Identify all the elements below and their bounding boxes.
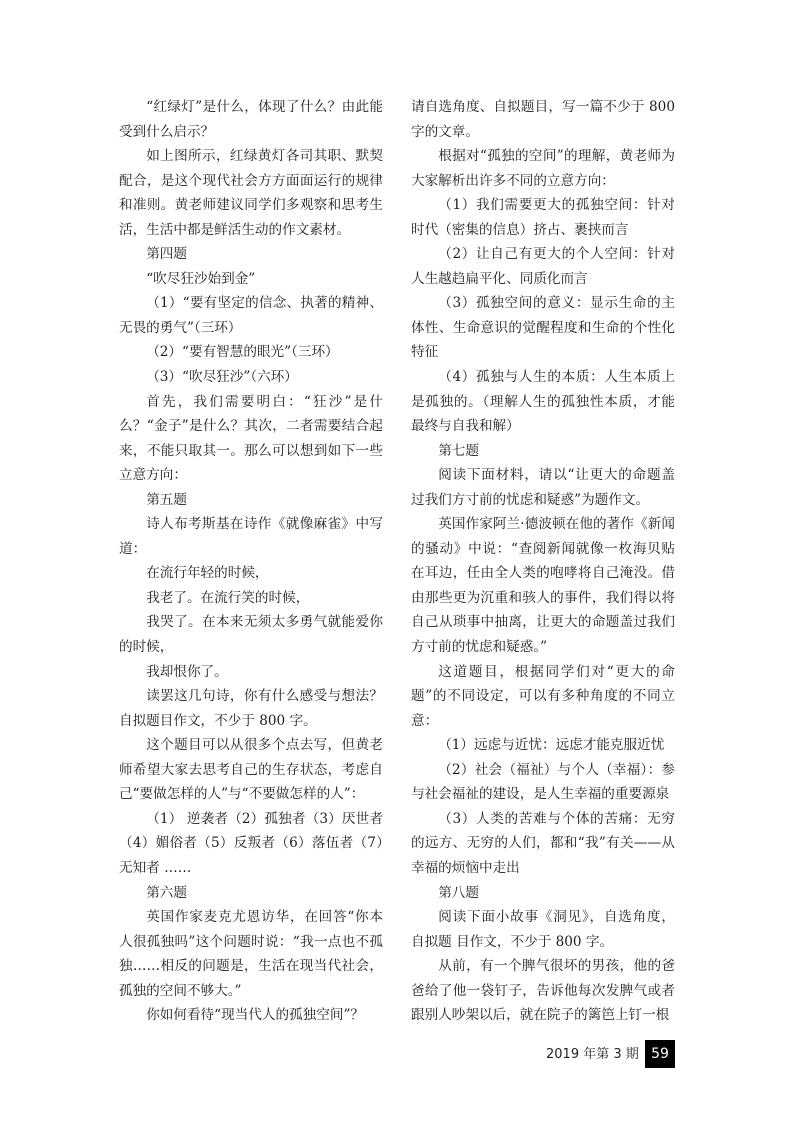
paragraph: 英国作家阿兰·德波顿在他的著作《新闻的骚动》中说：“查阅新闻就像一枚海贝贴在耳边… <box>411 512 675 659</box>
paragraph: （1） 逆袭者（2）孤独者（3）厌世者（4）媚俗者（5）反叛者（6）落伍者（7）… <box>119 807 383 881</box>
paragraph: 第八题 <box>411 881 675 906</box>
paragraph: “红绿灯”是什么，体现了什么？由此能受到什么启示？ <box>119 95 383 144</box>
paragraph: 读罢这几句诗，你有什么感受与想法？自拟题目作文，不少于 800 字。 <box>119 684 383 733</box>
paragraph: 请自选角度、自拟题目，写一篇不少于 800 字的文章。 <box>411 95 675 144</box>
paragraph: （3）“吹尽狂沙”（六环） <box>119 365 383 390</box>
paragraph: （1）我们需要更大的孤独空间：针对时代（密集的信息）挤占、裹挟而言 <box>411 193 675 242</box>
paragraph: 从前，有一个脾气很坏的男孩，他的爸爸给了他一袋钉子，告诉他每次发脾气或者跟别人吵… <box>411 954 675 1028</box>
paragraph: 英国作家麦克尤恩访华，在回答“你本人很孤独吗”这个问题时说：“我一点也不孤独……… <box>119 905 383 1003</box>
paragraph: 我却恨你了。 <box>119 660 383 685</box>
paragraph: （3）孤独空间的意义：显示生命的主体性、生命意识的觉醒程度和生命的个性化特征 <box>411 291 675 365</box>
paragraph: 你如何看待“现当代人的孤独空间”？ <box>119 1003 383 1028</box>
paragraph: 第七题 <box>411 439 675 464</box>
paragraph: 诗人布考斯基在诗作《就像麻雀》中写道： <box>119 512 383 561</box>
paragraph: （2）社会（福祉）与个人（幸福）：参与社会福祉的建设，是人生幸福的重要源泉 <box>411 758 675 807</box>
paragraph: 如上图所示，红绿黄灯各司其职、默契配合，是这个现代社会方方面面运行的规律和准则。… <box>119 144 383 242</box>
paragraph: 这个题目可以从很多个点去写，但黄老师希望大家去思考自己的生存状态，考虑自己“要做… <box>119 733 383 807</box>
paragraph: 首先，我们需要明白：“狂沙”是什么？“金子”是什么？其次，二者需要结合起来，不能… <box>119 390 383 488</box>
document-page: “红绿灯”是什么，体现了什么？由此能受到什么启示？如上图所示，红绿黄灯各司其职、… <box>0 0 793 1122</box>
paragraph: （4）孤独与人生的本质：人生本质上是孤独的。（理解人生的孤独性本质，才能最终与自… <box>411 365 675 439</box>
page-number-badge: 59 <box>645 1040 675 1068</box>
paragraph: （2）让自己有更大的个人空间：针对人生越趋扁平化、同质化而言 <box>411 242 675 291</box>
issue-label: 2019 年第 3 期 <box>546 1043 639 1062</box>
paragraph: （2）“要有智慧的眼光”（三环） <box>119 340 383 365</box>
paragraph: 阅读下面材料，请以“让更大的命题盖过我们方寸前的忧虑和疑惑”为题作文。 <box>411 463 675 512</box>
left-column: “红绿灯”是什么，体现了什么？由此能受到什么启示？如上图所示，红绿黄灯各司其职、… <box>119 95 383 1028</box>
paragraph: 在流行年轻的时候， <box>119 561 383 586</box>
paragraph: 第四题 <box>119 242 383 267</box>
paragraph: “吹尽狂沙始到金” <box>119 267 383 292</box>
paragraph: 这道题目，根据同学们对“更大的命题”的不同设定，可以有多种角度的不同立意： <box>411 660 675 734</box>
paragraph: （1）“要有坚定的信念、执著的精神、无畏的勇气”（三环） <box>119 291 383 340</box>
paragraph: 第六题 <box>119 881 383 906</box>
paragraph: （1）远虑与近忧：远虑才能克服近忧 <box>411 733 675 758</box>
paragraph: 我老了。在流行笑的时候， <box>119 586 383 611</box>
paragraph: 阅读下面小故事《洞见》，自选角度，自拟题 目作文，不少于 800 字。 <box>411 905 675 954</box>
paragraph: （3）人类的苦难与个体的苦痛：无穷的远方、无穷的人们，都和“我”有关——从幸福的… <box>411 807 675 881</box>
paragraph: 我哭了。在本来无须太多勇气就能爱你的时候， <box>119 610 383 659</box>
paragraph: 第五题 <box>119 488 383 513</box>
right-column: 请自选角度、自拟题目，写一篇不少于 800 字的文章。根据对“孤独的空间”的理解… <box>411 95 675 1028</box>
paragraph: 根据对“孤独的空间”的理解，黄老师为大家解析出许多不同的立意方向： <box>411 144 675 193</box>
